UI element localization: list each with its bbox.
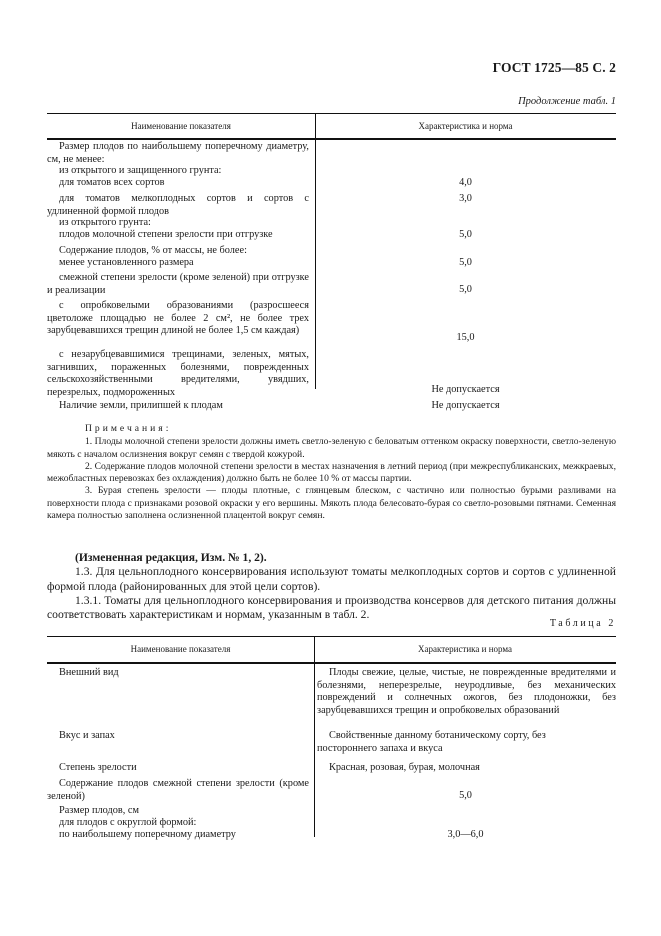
table2-row-label: Внешний вид	[47, 667, 309, 680]
table1-row-label: с опробковелыми образованиями (разросшее…	[47, 300, 309, 338]
table2-row-value: 3,0—6,0	[315, 829, 616, 842]
table1-column-divider	[315, 114, 316, 389]
table2-row-value: Красная, розовая, бурая, молочная	[317, 762, 618, 775]
table2-row-value: Плоды свежие, целые, чистые, не поврежде…	[317, 667, 616, 717]
table1-header-name: Наименование показателя	[47, 114, 315, 138]
table1-row-label: Наличие земли, прилипшей к плодам	[47, 400, 309, 413]
table1-row-value: Не допускается	[315, 384, 616, 397]
table1-row-value: Не допускается	[315, 400, 616, 413]
table1-row-value: 15,0	[315, 332, 616, 345]
table2-row-label: Содержание плодов смежной степени зрелос…	[47, 778, 309, 803]
note-item: 3. Бурая степень зрелости — плоды плотны…	[47, 485, 616, 522]
table2-row-value: Свойственные данному ботаническому сорту…	[317, 730, 587, 755]
table2-header-name: Наименование показателя	[47, 637, 314, 661]
table2-row-label: Вкус и запах	[47, 730, 309, 743]
table1-row-label: из открытого грунта:	[47, 217, 309, 230]
table1-row-value: 3,0	[315, 193, 616, 206]
paragraph-1-3: 1.3. Для цельноплодного консервирования …	[47, 565, 616, 594]
table1-row-label: Размер плодов по наибольшему поперечному…	[47, 141, 309, 166]
table1-row-label: смежной степени зрелости (кроме зеленой)…	[47, 272, 309, 297]
table2-header-norm: Характеристика и норма	[314, 637, 616, 661]
table2-row-value: 5,0	[315, 790, 616, 803]
table2-column-divider	[314, 637, 315, 837]
table1-caption: Продолжение табл. 1	[380, 96, 616, 109]
table1-row-value: 5,0	[315, 257, 616, 270]
table1-row-value: 5,0	[315, 284, 616, 297]
table1-row-label: Содержание плодов, % от массы, не более:	[47, 245, 309, 258]
table1-row-label: для томатов всех сортов	[47, 177, 309, 190]
page-header: ГОСТ 1725—85 С. 2	[400, 62, 616, 75]
notes: Примечания: 1. Плоды молочной степени зр…	[47, 423, 616, 522]
table2-header-rule	[47, 662, 616, 664]
table2-caption: Таблица 2	[470, 618, 616, 631]
table1-row-value: 4,0	[315, 177, 616, 190]
table1-header-norm: Характеристика и норма	[315, 114, 616, 138]
table1-row-label: плодов молочной степени зрелости при отг…	[47, 229, 309, 242]
amendment-note: (Измененная редакция, Изм. № 1, 2).	[47, 551, 616, 565]
table2-row-label: для плодов с округлой формой:	[47, 817, 309, 830]
table2-row-label: Размер плодов, см	[47, 805, 309, 818]
table1-header-rule	[47, 138, 616, 140]
table1-row-value: 5,0	[315, 229, 616, 242]
table1-row-label: для томатов мелкоплодных сортов и сортов…	[47, 193, 309, 218]
table2-row-label: по наибольшему поперечному диаметру	[47, 829, 309, 842]
body-text: (Измененная редакция, Изм. № 1, 2). 1.3.…	[47, 551, 616, 622]
table1-row-label: менее установленного размера	[47, 257, 309, 270]
table2-row-label: Степень зрелости	[47, 762, 309, 775]
notes-title: Примечания:	[47, 423, 616, 435]
table1-row-label: с незарубцевавшимися трещинами, зеленых,…	[47, 349, 309, 399]
note-item: 1. Плоды молочной степени зрелости должн…	[47, 436, 616, 461]
note-item: 2. Содержание плодов молочной степени зр…	[47, 461, 616, 486]
table1-row-label: из открытого и защищенного грунта:	[47, 165, 309, 178]
